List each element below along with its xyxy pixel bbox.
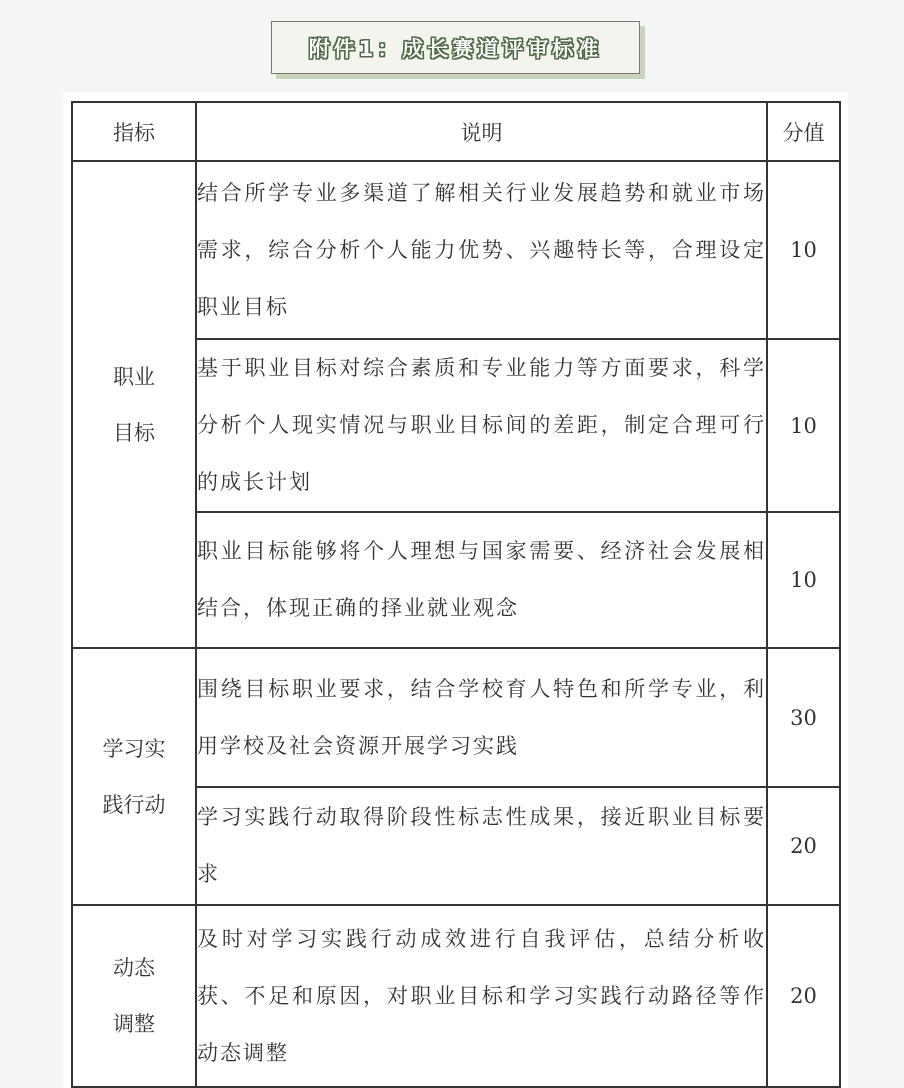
category-line: 学习实 xyxy=(73,721,195,777)
category-career-goal: 职业 目标 xyxy=(72,161,196,648)
score-cell: 20 xyxy=(767,787,840,905)
description-cell: 基于职业目标对综合素质和专业能力等方面要求，科学分析个人现实情况与职业目标间的差… xyxy=(196,339,767,512)
category-line: 调整 xyxy=(73,996,195,1052)
description-cell: 结合所学专业多渠道了解相关行业发展趋势和就业市场需求，综合分析个人能力优势、兴趣… xyxy=(196,161,767,339)
description-cell: 及时对学习实践行动成效进行自我评估，总结分析收获、不足和原因，对职业目标和学习实… xyxy=(196,905,767,1087)
table-row: 职业 目标 结合所学专业多渠道了解相关行业发展趋势和就业市场需求，综合分析个人能… xyxy=(72,161,840,339)
description-cell: 职业目标能够将个人理想与国家需要、经济社会发展相结合，体现正确的择业就业观念 xyxy=(196,512,767,648)
header-score: 分值 xyxy=(767,102,840,161)
description-cell: 学习实践行动取得阶段性标志性成果，接近职业目标要求 xyxy=(196,787,767,905)
category-line: 职业 xyxy=(73,349,195,405)
page-title: 附件1：成长赛道评审标准 xyxy=(309,33,603,63)
category-line: 践行动 xyxy=(73,777,195,833)
title-banner: 附件1：成长赛道评审标准 xyxy=(271,21,640,74)
table-row: 学习实 践行动 围绕目标职业要求，结合学校育人特色和所学专业，利用学校及社会资源… xyxy=(72,648,840,787)
score-cell: 10 xyxy=(767,161,840,339)
score-cell: 10 xyxy=(767,512,840,648)
header-category: 指标 xyxy=(72,102,196,161)
header-description: 说明 xyxy=(196,102,767,161)
category-dynamic-adjustment: 动态 调整 xyxy=(72,905,196,1087)
category-line: 目标 xyxy=(73,405,195,461)
score-cell: 10 xyxy=(767,339,840,512)
table-row: 动态 调整 及时对学习实践行动成效进行自我评估，总结分析收获、不足和原因，对职业… xyxy=(72,905,840,1087)
score-cell: 20 xyxy=(767,905,840,1087)
score-cell: 30 xyxy=(767,648,840,787)
criteria-table: 指标 说明 分值 职业 目标 结合所学专业多渠道了解相关行业发展趋势和就业市场需… xyxy=(71,101,841,1088)
description-cell: 围绕目标职业要求，结合学校育人特色和所学专业，利用学校及社会资源开展学习实践 xyxy=(196,648,767,787)
table-header-row: 指标 说明 分值 xyxy=(72,102,840,161)
title-box: 附件1：成长赛道评审标准 xyxy=(271,21,640,74)
category-line: 动态 xyxy=(73,940,195,996)
category-learning-practice: 学习实 践行动 xyxy=(72,648,196,905)
